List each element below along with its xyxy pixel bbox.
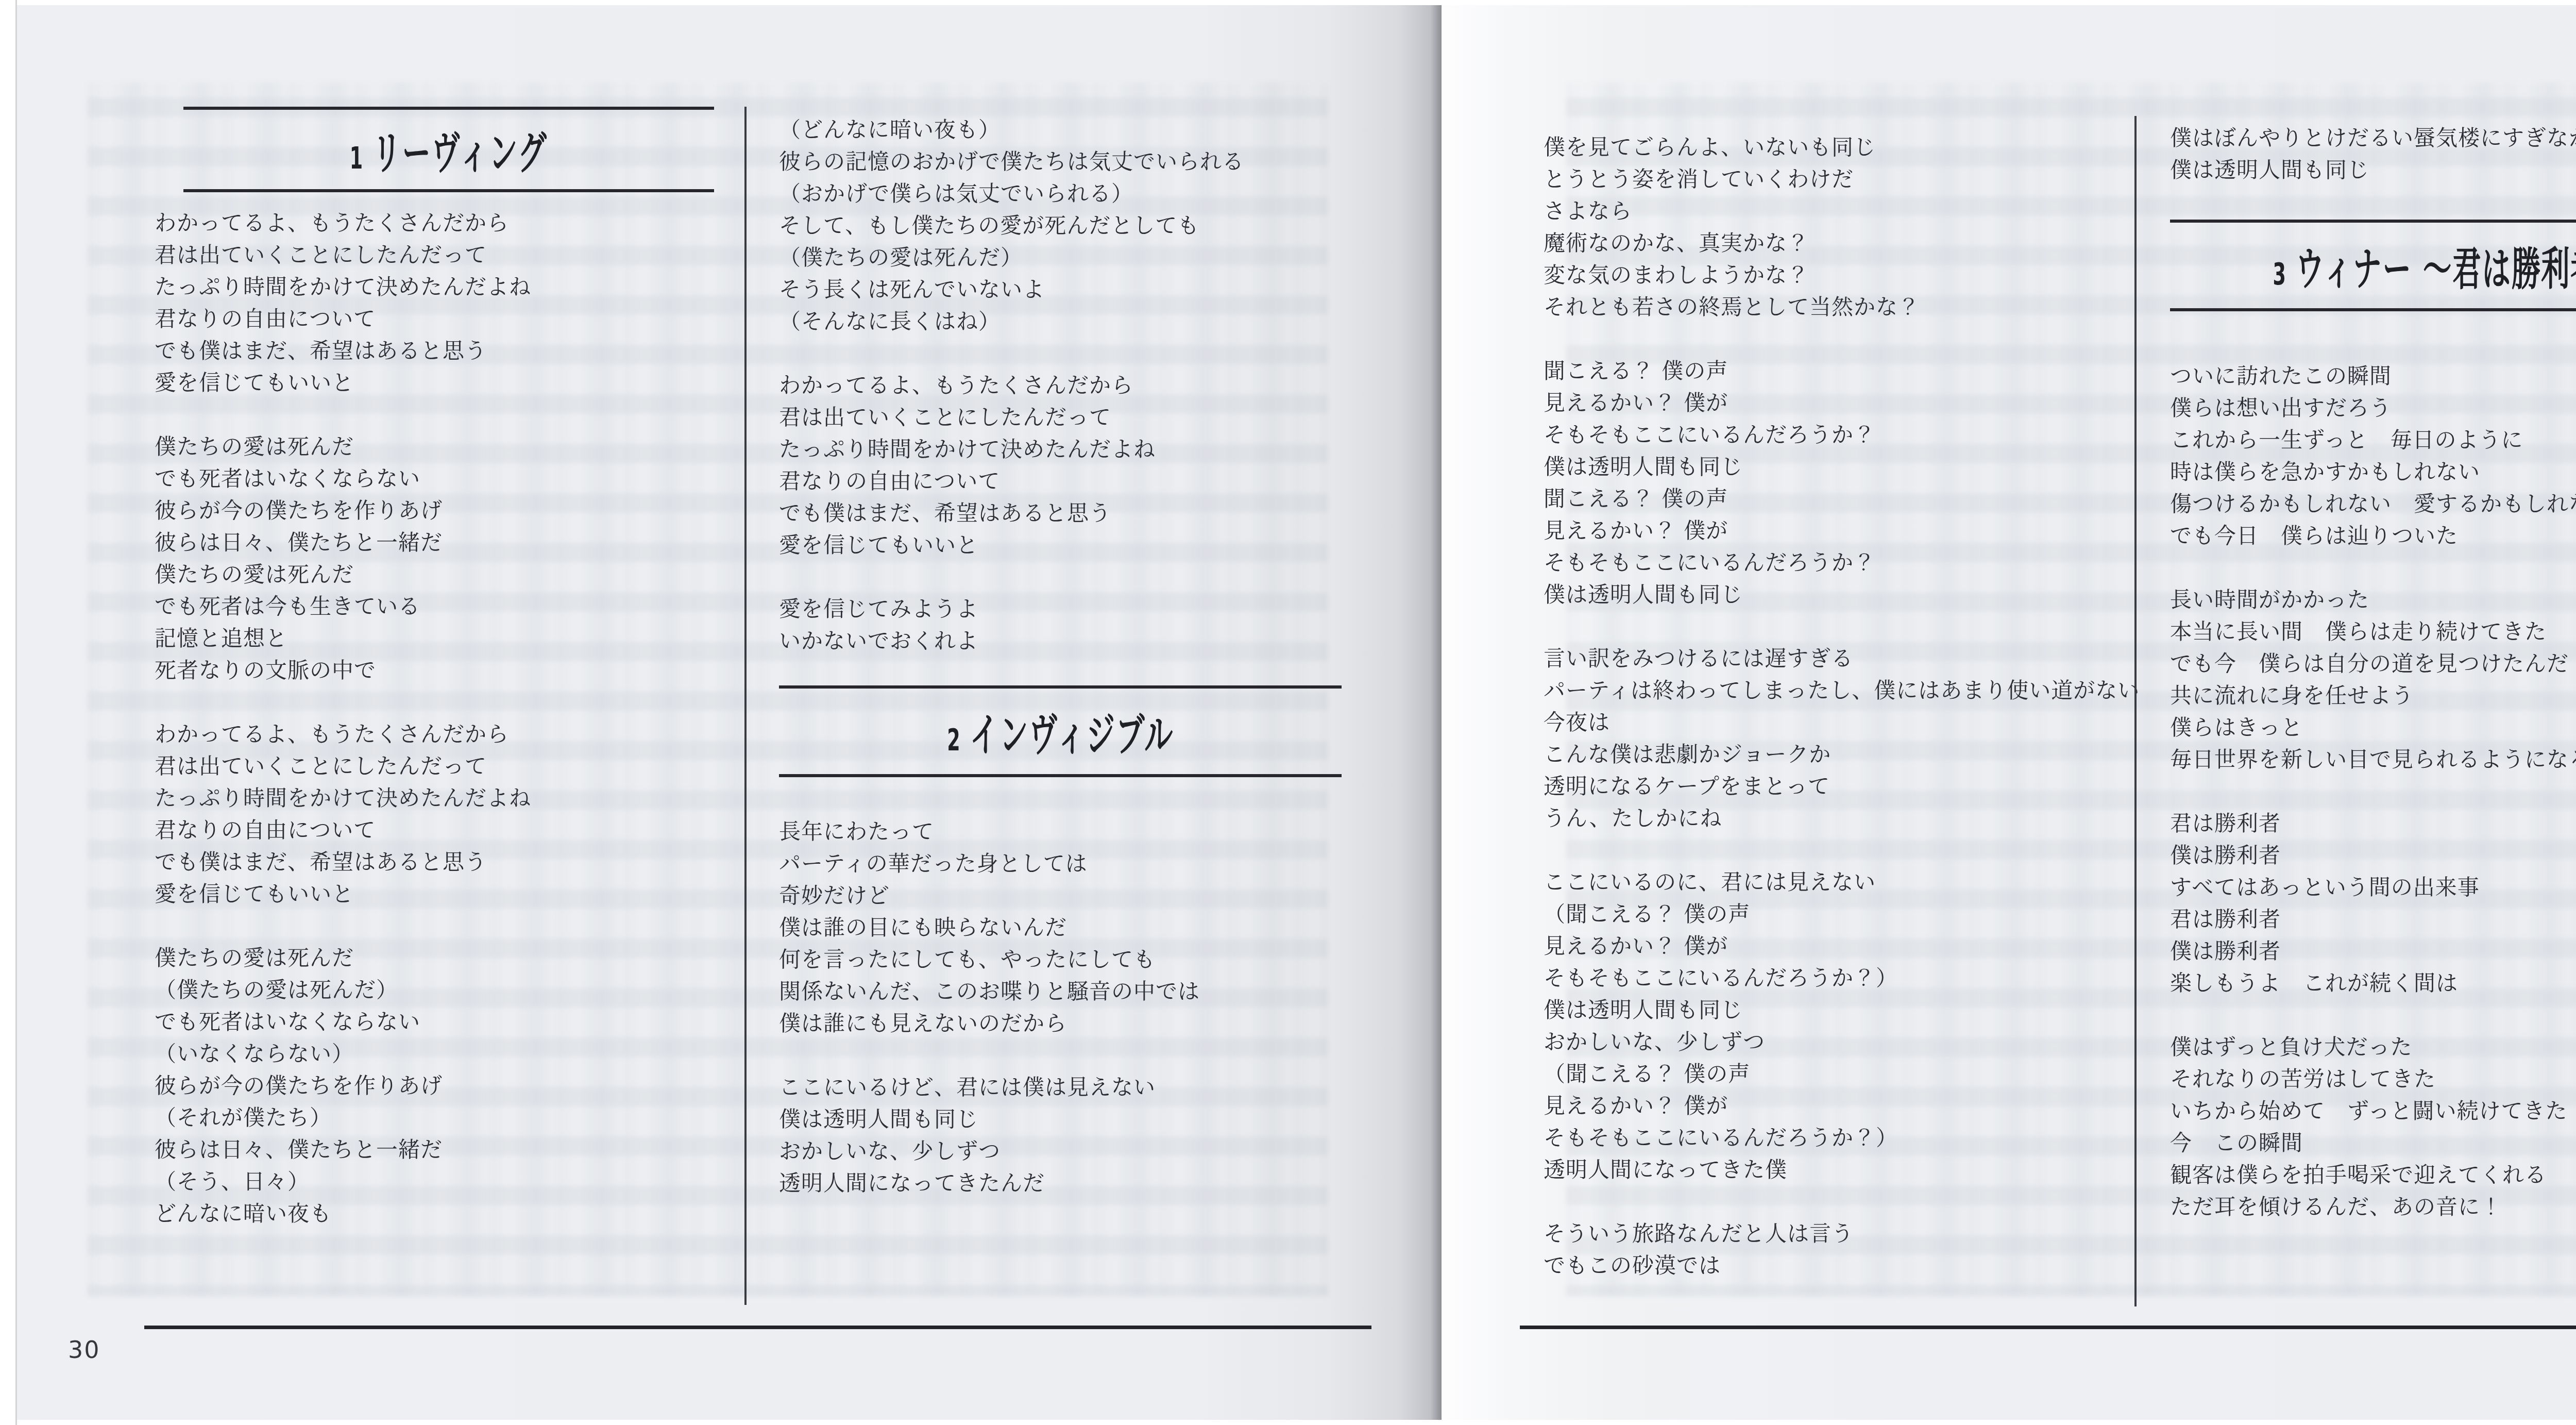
lyric-line: そう長くは死んでいないよ: [779, 272, 1342, 304]
lyric-line: ただ耳を傾けるんだ、あの音に！: [2170, 1189, 2576, 1221]
lyric-line: ここにいるけど、君には僕は見えない: [779, 1070, 1342, 1102]
lyric-line: 彼らは日々、僕たちと一緒だ: [155, 1132, 717, 1164]
lyric-line: そもそもここにいるんだろうか？: [1544, 545, 2110, 577]
left-page-column-1: 1 リーヴィング わかってるよ、もうたくさんだから君は出ていくことにしたんだって…: [155, 107, 717, 1228]
song-title: 3 ウィナー ～君は勝利者～: [2273, 233, 2576, 298]
lyric-line: 僕らはきっと: [2170, 710, 2576, 742]
lyric-line: 彼らが今の僕たちを作りあげ: [155, 493, 717, 525]
stanza: 僕を見てごらんよ、いないも同じとうとう姿を消していくわけださよなら魔術なのかな、…: [1544, 130, 2110, 322]
lyric-line: 奇妙だけど: [779, 878, 1342, 910]
song-title-block: 2 インヴィジブル: [779, 685, 1342, 777]
song-title: 1 リーヴィング: [350, 117, 548, 182]
lyric-line: おかしいな、少しずつ: [779, 1134, 1342, 1166]
stanza: ついに訪れたこの瞬間僕らは想い出すだろうこれから一生ずっと 毎日のように時は僕ら…: [2170, 359, 2576, 550]
lyric-line: 愛を信じてみようよ: [779, 592, 1342, 624]
lyric-line: 僕は勝利者: [2170, 838, 2576, 870]
lyric-line: たっぷり時間をかけて決めたんだよね: [155, 781, 717, 813]
lyric-line: 愛を信じてもいいと: [155, 365, 717, 397]
lyric-line: たっぷり時間をかけて決めたんだよね: [779, 432, 1342, 464]
lyric-line: 観客は僕らを拍手喝采で迎えてくれる: [2170, 1158, 2576, 1189]
lyrics-block: 僕はぼんやりとけだるい蜃気楼にすぎなかった僕は透明人間も同じ: [2170, 121, 2576, 185]
lyric-line: 見えるかい？ 僕が: [1544, 385, 2110, 417]
stanza: 僕はぼんやりとけだるい蜃気楼にすぎなかった僕は透明人間も同じ: [2170, 121, 2576, 185]
stanza: わかってるよ、もうたくさんだから君は出ていくことにしたんだってたっぷり時間をかけ…: [155, 717, 717, 909]
lyric-line: 僕は誰の目にも映らないんだ: [779, 910, 1342, 942]
lyric-line: （おかげで僕らは気丈でいられる）: [779, 176, 1342, 208]
lyric-line: 僕は透明人間も同じ: [2170, 153, 2576, 185]
stanza: 僕はずっと負け犬だったそれなりの苦労はしてきたいちから始めて ずっと闘い続けてき…: [2170, 1030, 2576, 1221]
stanza: 僕たちの愛は死んだでも死者はいなくならない彼らが今の僕たちを作りあげ彼らは日々、…: [155, 429, 717, 685]
lyric-line: （僕たちの愛は死んだ）: [155, 973, 717, 1004]
lyric-line: （そう、日々）: [155, 1164, 717, 1196]
stanza: ここにいるのに、君には見えない（聞こえる？ 僕の声見えるかい？ 僕がそもそもここ…: [1544, 865, 2110, 1184]
lyric-line: 君なりの自由について: [779, 464, 1342, 496]
lyric-line: （どんなに暗い夜も）: [779, 112, 1342, 144]
lyric-line: どんなに暗い夜も: [155, 1196, 717, 1228]
lyric-line: 僕を見てごらんよ、いないも同じ: [1544, 130, 2110, 162]
stanza: 僕たちの愛は死んだ（僕たちの愛は死んだ）でも死者はいなくならない（いなくならない…: [155, 941, 717, 1228]
lyrics-block: 長年にわたってパーティの華だった身としては奇妙だけど僕は誰の目にも映らないんだ何…: [779, 814, 1342, 1198]
scan-edge-left: [0, 0, 17, 1425]
column-divider: [744, 107, 747, 1305]
stanza: （どんなに暗い夜も）彼らの記憶のおかげで僕たちは気丈でいられる（おかげで僕らは気…: [779, 112, 1342, 336]
footer-rule-right: [1520, 1326, 2576, 1329]
lyric-line: 僕らは想い出すだろう: [2170, 391, 2576, 423]
lyric-line: そもそもここにいるんだろうか？）: [1544, 961, 2110, 993]
lyric-line: 長年にわたって: [779, 814, 1342, 846]
lyric-line: （そんなに長くはね）: [779, 304, 1342, 336]
lyric-line: そもそもここにいるんだろうか？）: [1544, 1120, 2110, 1152]
lyric-line: 僕たちの愛は死んだ: [155, 941, 717, 973]
lyric-line: たっぷり時間をかけて決めたんだよね: [155, 270, 717, 301]
lyric-line: 僕は透明人間も同じ: [1544, 993, 2110, 1025]
lyric-line: 時は僕らを急かすかもしれない: [2170, 455, 2576, 487]
lyric-line: それなりの苦労はしてきた: [2170, 1062, 2576, 1094]
lyric-line: 君なりの自由について: [155, 813, 717, 845]
lyric-line: 楽しもうよ これが続く間は: [2170, 966, 2576, 998]
stanza: 君は勝利者僕は勝利者すべてはあっという間の出来事君は勝利者僕は勝利者楽しもうよ …: [2170, 806, 2576, 998]
lyric-line: 今 この瞬間: [2170, 1126, 2576, 1158]
lyric-line: そういう旅路なんだと人は言う: [1544, 1216, 2110, 1248]
lyric-line: おかしいな、少しずつ: [1544, 1025, 2110, 1057]
song-title-block: 3 ウィナー ～君は勝利者～: [2170, 220, 2576, 311]
lyric-line: でも僕はまだ、希望はあると思う: [155, 333, 717, 365]
lyric-line: でもこの砂漠では: [1544, 1248, 2110, 1280]
track-number: 2: [947, 723, 960, 758]
track-name: ウィナー ～君は勝利者～: [2296, 233, 2576, 298]
lyric-line: 僕は透明人間も同じ: [779, 1102, 1342, 1134]
lyric-line: そして、もし僕たちの愛が死んだとしても: [779, 208, 1342, 240]
lyric-line: うん、たしかにね: [1544, 801, 2110, 833]
lyric-line: ついに訪れたこの瞬間: [2170, 359, 2576, 391]
lyric-line: （それが僕たち）: [155, 1100, 717, 1132]
song-title-block: 1 リーヴィング: [183, 107, 714, 192]
lyric-line: いかないでおくれよ: [779, 624, 1342, 656]
track-name: インヴィジブル: [970, 699, 1174, 764]
track-name: リーヴィング: [372, 117, 548, 182]
lyrics-block: ついに訪れたこの瞬間僕らは想い出すだろうこれから一生ずっと 毎日のように時は僕ら…: [2170, 359, 2576, 1221]
lyric-line: 君は出ていくことにしたんだって: [779, 400, 1342, 432]
lyric-line: 僕は透明人間も同じ: [1544, 577, 2110, 609]
footer-rule-left: [144, 1326, 1371, 1329]
lyric-line: （聞こえる？ 僕の声: [1544, 897, 2110, 929]
lyric-line: 聞こえる？ 僕の声: [1544, 481, 2110, 513]
lyric-line: 長い時間がかかった: [2170, 582, 2576, 614]
lyric-line: 透明人間になってきたんだ: [779, 1166, 1342, 1198]
lyric-line: 聞こえる？ 僕の声: [1544, 354, 2110, 385]
lyric-line: 見えるかい？ 僕が: [1544, 1088, 2110, 1120]
track-number: 3: [2273, 257, 2286, 292]
stanza: わかってるよ、もうたくさんだから君は出ていくことにしたんだってたっぷり時間をかけ…: [155, 206, 717, 397]
lyric-line: でも死者はいなくならない: [155, 461, 717, 493]
lyric-line: 君は出ていくことにしたんだって: [155, 238, 717, 270]
stanza: 言い訳をみつけるには遅すぎるパーティは終わってしまったし、僕にはあまり使い道がな…: [1544, 641, 2110, 833]
stanza: ここにいるけど、君には僕は見えない僕は透明人間も同じおかしいな、少しずつ透明人間…: [779, 1070, 1342, 1198]
lyric-line: パーティは終わってしまったし、僕にはあまり使い道がない: [1544, 673, 2110, 705]
lyrics-block: 僕を見てごらんよ、いないも同じとうとう姿を消していくわけださよなら魔術なのかな、…: [1544, 130, 2110, 1280]
lyric-line: 共に流れに身を任せよう: [2170, 678, 2576, 710]
lyric-line: ここにいるのに、君には見えない: [1544, 865, 2110, 897]
lyric-line: 魔術なのかな、真実かな？: [1544, 226, 2110, 258]
lyric-line: 僕は勝利者: [2170, 934, 2576, 966]
lyric-line: 毎日世界を新しい目で見られるようになる: [2170, 742, 2576, 774]
lyric-line: 愛を信じてもいいと: [155, 877, 717, 909]
lyric-line: それとも若さの終焉として当然かな？: [1544, 290, 2110, 322]
right-page-column-2: 僕はぼんやりとけだるい蜃気楼にすぎなかった僕は透明人間も同じ 3 ウィナー ～君…: [2170, 121, 2576, 1221]
lyric-line: わかってるよ、もうたくさんだから: [779, 368, 1342, 400]
lyric-line: 傷つけるかもしれない 愛するかもしれない: [2170, 487, 2576, 518]
lyric-line: さよなら: [1544, 194, 2110, 226]
lyric-line: すべてはあっという間の出来事: [2170, 870, 2576, 902]
stanza: 長い時間がかかった本当に長い間 僕らは走り続けてきたでも今 僕らは自分の道を見つ…: [2170, 582, 2576, 774]
lyric-line: パーティの華だった身としては: [779, 846, 1342, 878]
lyric-line: 僕はずっと負け犬だった: [2170, 1030, 2576, 1062]
lyric-line: そもそもここにいるんだろうか？: [1544, 417, 2110, 449]
lyric-line: 言い訳をみつけるには遅すぎる: [1544, 641, 2110, 673]
lyric-line: 記憶と追想と: [155, 621, 717, 653]
lyric-line: でも僕はまだ、希望はあると思う: [779, 496, 1342, 528]
lyric-line: これから一生ずっと 毎日のように: [2170, 423, 2576, 455]
stanza: わかってるよ、もうたくさんだから君は出ていくことにしたんだってたっぷり時間をかけ…: [779, 368, 1342, 560]
lyric-line: 透明人間になってきた僕: [1544, 1152, 2110, 1184]
lyric-line: 君は出ていくことにしたんだって: [155, 749, 717, 781]
lyric-line: 彼らの記憶のおかげで僕たちは気丈でいられる: [779, 144, 1342, 176]
lyric-line: 君は勝利者: [2170, 806, 2576, 838]
lyric-line: とうとう姿を消していくわけだ: [1544, 162, 2110, 194]
lyric-line: 君は勝利者: [2170, 902, 2576, 934]
lyric-line: 何を言ったにしても、やったにしても: [779, 942, 1342, 974]
lyrics-block: （どんなに暗い夜も）彼らの記憶のおかげで僕たちは気丈でいられる（おかげで僕らは気…: [779, 112, 1342, 656]
lyric-line: でも今 僕らは自分の道を見つけたんだ: [2170, 646, 2576, 678]
lyric-line: でも死者はいなくならない: [155, 1004, 717, 1036]
lyric-line: 見えるかい？ 僕が: [1544, 929, 2110, 961]
lyric-line: でも今日 僕らは辿りついた: [2170, 518, 2576, 550]
stanza: 長年にわたってパーティの華だった身としては奇妙だけど僕は誰の目にも映らないんだ何…: [779, 814, 1342, 1038]
lyric-line: 透明になるケープをまとって: [1544, 769, 2110, 801]
lyric-line: （聞こえる？ 僕の声: [1544, 1057, 2110, 1088]
lyric-line: 僕は誰にも見えないのだから: [779, 1006, 1342, 1038]
stanza: 聞こえる？ 僕の声見えるかい？ 僕がそもそもここにいるんだろうか？僕は透明人間も…: [1544, 354, 2110, 609]
lyric-line: 君なりの自由について: [155, 301, 717, 333]
lyric-line: 本当に長い間 僕らは走り続けてきた: [2170, 614, 2576, 646]
lyric-line: わかってるよ、もうたくさんだから: [155, 717, 717, 749]
lyric-line: 僕たちの愛は死んだ: [155, 429, 717, 461]
lyric-line: いちから始めて ずっと闘い続けてきた: [2170, 1094, 2576, 1126]
lyric-line: 僕は透明人間も同じ: [1544, 449, 2110, 481]
lyric-line: 僕はぼんやりとけだるい蜃気楼にすぎなかった: [2170, 121, 2576, 153]
lyric-line: でも死者は今も生きている: [155, 589, 717, 621]
lyric-line: 今夜は: [1544, 705, 2110, 737]
right-page-column-1: 僕を見てごらんよ、いないも同じとうとう姿を消していくわけださよなら魔術なのかな、…: [1544, 130, 2110, 1280]
lyric-line: 僕たちの愛は死んだ: [155, 557, 717, 589]
lyric-line: わかってるよ、もうたくさんだから: [155, 206, 717, 238]
lyrics-block: わかってるよ、もうたくさんだから君は出ていくことにしたんだってたっぷり時間をかけ…: [155, 206, 717, 1228]
lyric-line: 変な気のまわしようかな？: [1544, 258, 2110, 290]
stanza: そういう旅路なんだと人は言うでもこの砂漠では: [1544, 1216, 2110, 1280]
left-page-column-2: （どんなに暗い夜も）彼らの記憶のおかげで僕たちは気丈でいられる（おかげで僕らは気…: [779, 112, 1342, 1198]
stanza: 愛を信じてみようよいかないでおくれよ: [779, 592, 1342, 656]
lyric-line: 彼らが今の僕たちを作りあげ: [155, 1068, 717, 1100]
lyric-line: こんな僕は悲劇かジョークか: [1544, 737, 2110, 769]
lyric-line: 死者なりの文脈の中で: [155, 653, 717, 685]
lyric-line: 関係ないんだ、このお喋りと騒音の中では: [779, 974, 1342, 1006]
song-title: 2 インヴィジブル: [947, 699, 1174, 764]
lyric-line: （いなくならない）: [155, 1036, 717, 1068]
page-number-left: 30: [68, 1336, 100, 1364]
lyric-line: 彼らは日々、僕たちと一緒だ: [155, 525, 717, 557]
lyric-line: でも僕はまだ、希望はあると思う: [155, 845, 717, 877]
lyric-line: 見えるかい？ 僕が: [1544, 513, 2110, 545]
column-divider: [2134, 116, 2137, 1306]
lyric-line: （僕たちの愛は死んだ）: [779, 240, 1342, 272]
track-number: 1: [350, 141, 363, 176]
lyric-line: 愛を信じてもいいと: [779, 528, 1342, 560]
